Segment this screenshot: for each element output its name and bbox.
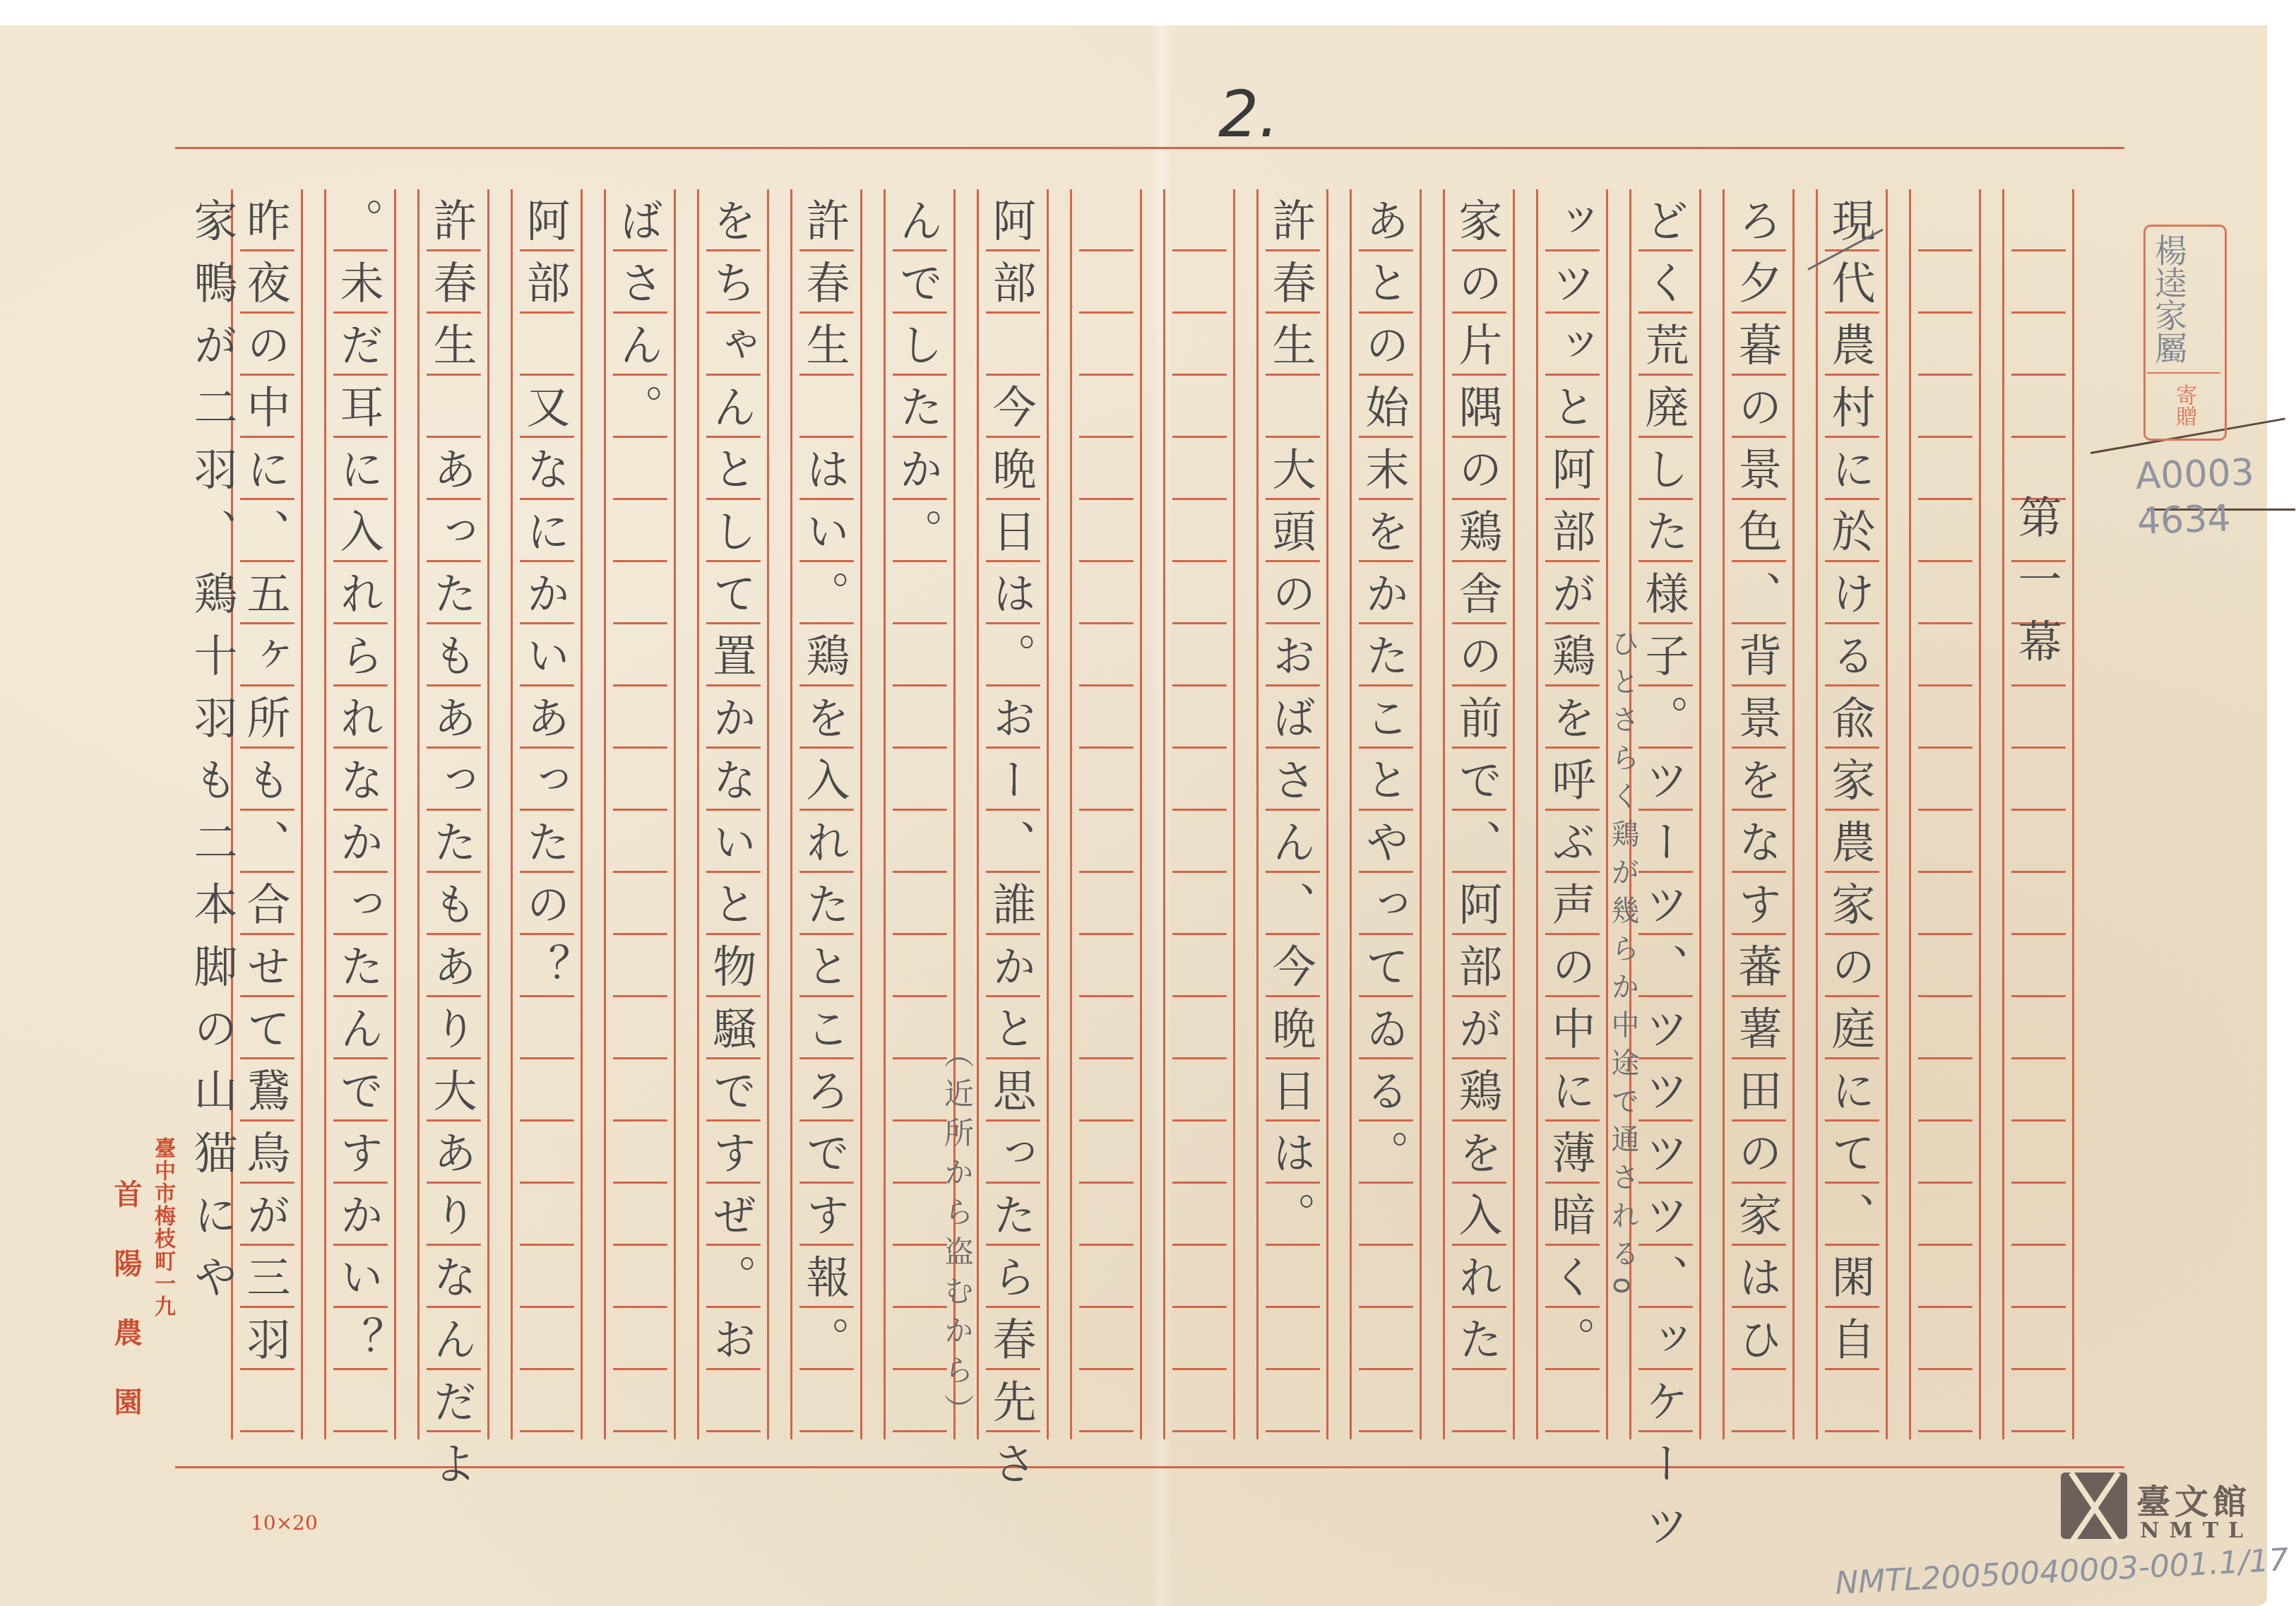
column-text: 現代農村に於ける兪家農家の庭にて、閑自 xyxy=(1816,198,1884,1379)
column-text: 家鴨が二羽、鶏十羽も二本脚の山猫にや xyxy=(178,198,246,1316)
archive-name: 臺文館 xyxy=(2136,1475,2251,1523)
accession-line-1: A0003 xyxy=(2135,450,2255,499)
printer-name: 首陽農園 xyxy=(106,1179,146,1456)
page-number: 2. xyxy=(1218,78,1279,152)
dialogue-line: 許春生 はい。鶏を入れたところです報。 xyxy=(790,198,858,1379)
archive-abbr: NMTL xyxy=(2140,1518,2253,1543)
dialogue-line: 阿部 又なにかいあったの？ xyxy=(511,198,578,1006)
column-text: 。未だ耳に入れられなかったんですかい？ xyxy=(324,198,392,1379)
donor-stamp: 楊逵家屬 寄贈 xyxy=(2143,225,2227,441)
stamp-seal: 寄贈 xyxy=(2147,372,2220,437)
printer-address: 臺中市梅枝町一九 xyxy=(147,1137,178,1318)
grid-column xyxy=(1909,189,1981,1439)
column-text: 家の片隅の鶏舎の前で、阿部が鶏を入れた xyxy=(1443,198,1511,1379)
column-text: あとの始末をかたことやってゐる。 xyxy=(1350,198,1417,1192)
column-text: をちゃんとして置かないと物騒ですぜ。お xyxy=(697,198,765,1379)
grid-column xyxy=(1163,189,1235,1439)
column-text: ばさん。 xyxy=(604,198,672,446)
nmtl-logo-icon xyxy=(2061,1473,2127,1539)
grid-column xyxy=(1070,189,1142,1439)
margin-note: （近所から盗むから） xyxy=(936,1038,978,1434)
column-text: んでしたか。 xyxy=(884,198,951,571)
column-text: ッツッと阿部が鶏を呼ぶ声の中に薄暗く。 xyxy=(1536,198,1604,1379)
accession-number: A0003 4634 xyxy=(2135,450,2256,545)
format-label: 10×20 xyxy=(251,1511,318,1535)
dialogue-line: 阿部 今晩日は。おー、誰かと思ったら春先さ xyxy=(977,198,1045,1503)
act-title: 第一幕 xyxy=(2002,198,2070,681)
column-text: ろ夕暮の景色、背景をなす蕃薯田の家はひ xyxy=(1723,198,1790,1379)
dialogue-line: 許春生 あったもあったもあり大ありなんだよ xyxy=(417,198,485,1503)
dialogue-line: 許春生 大頭のおばさん、今晩日は。 xyxy=(1256,198,1324,1254)
accession-line-2: 4634 xyxy=(2136,495,2256,545)
margin-note: ひとさらく鶏が幾らか中途で通されるo xyxy=(1603,629,1643,1304)
stamp-donor-name: 楊逵家屬 xyxy=(2151,234,2187,364)
